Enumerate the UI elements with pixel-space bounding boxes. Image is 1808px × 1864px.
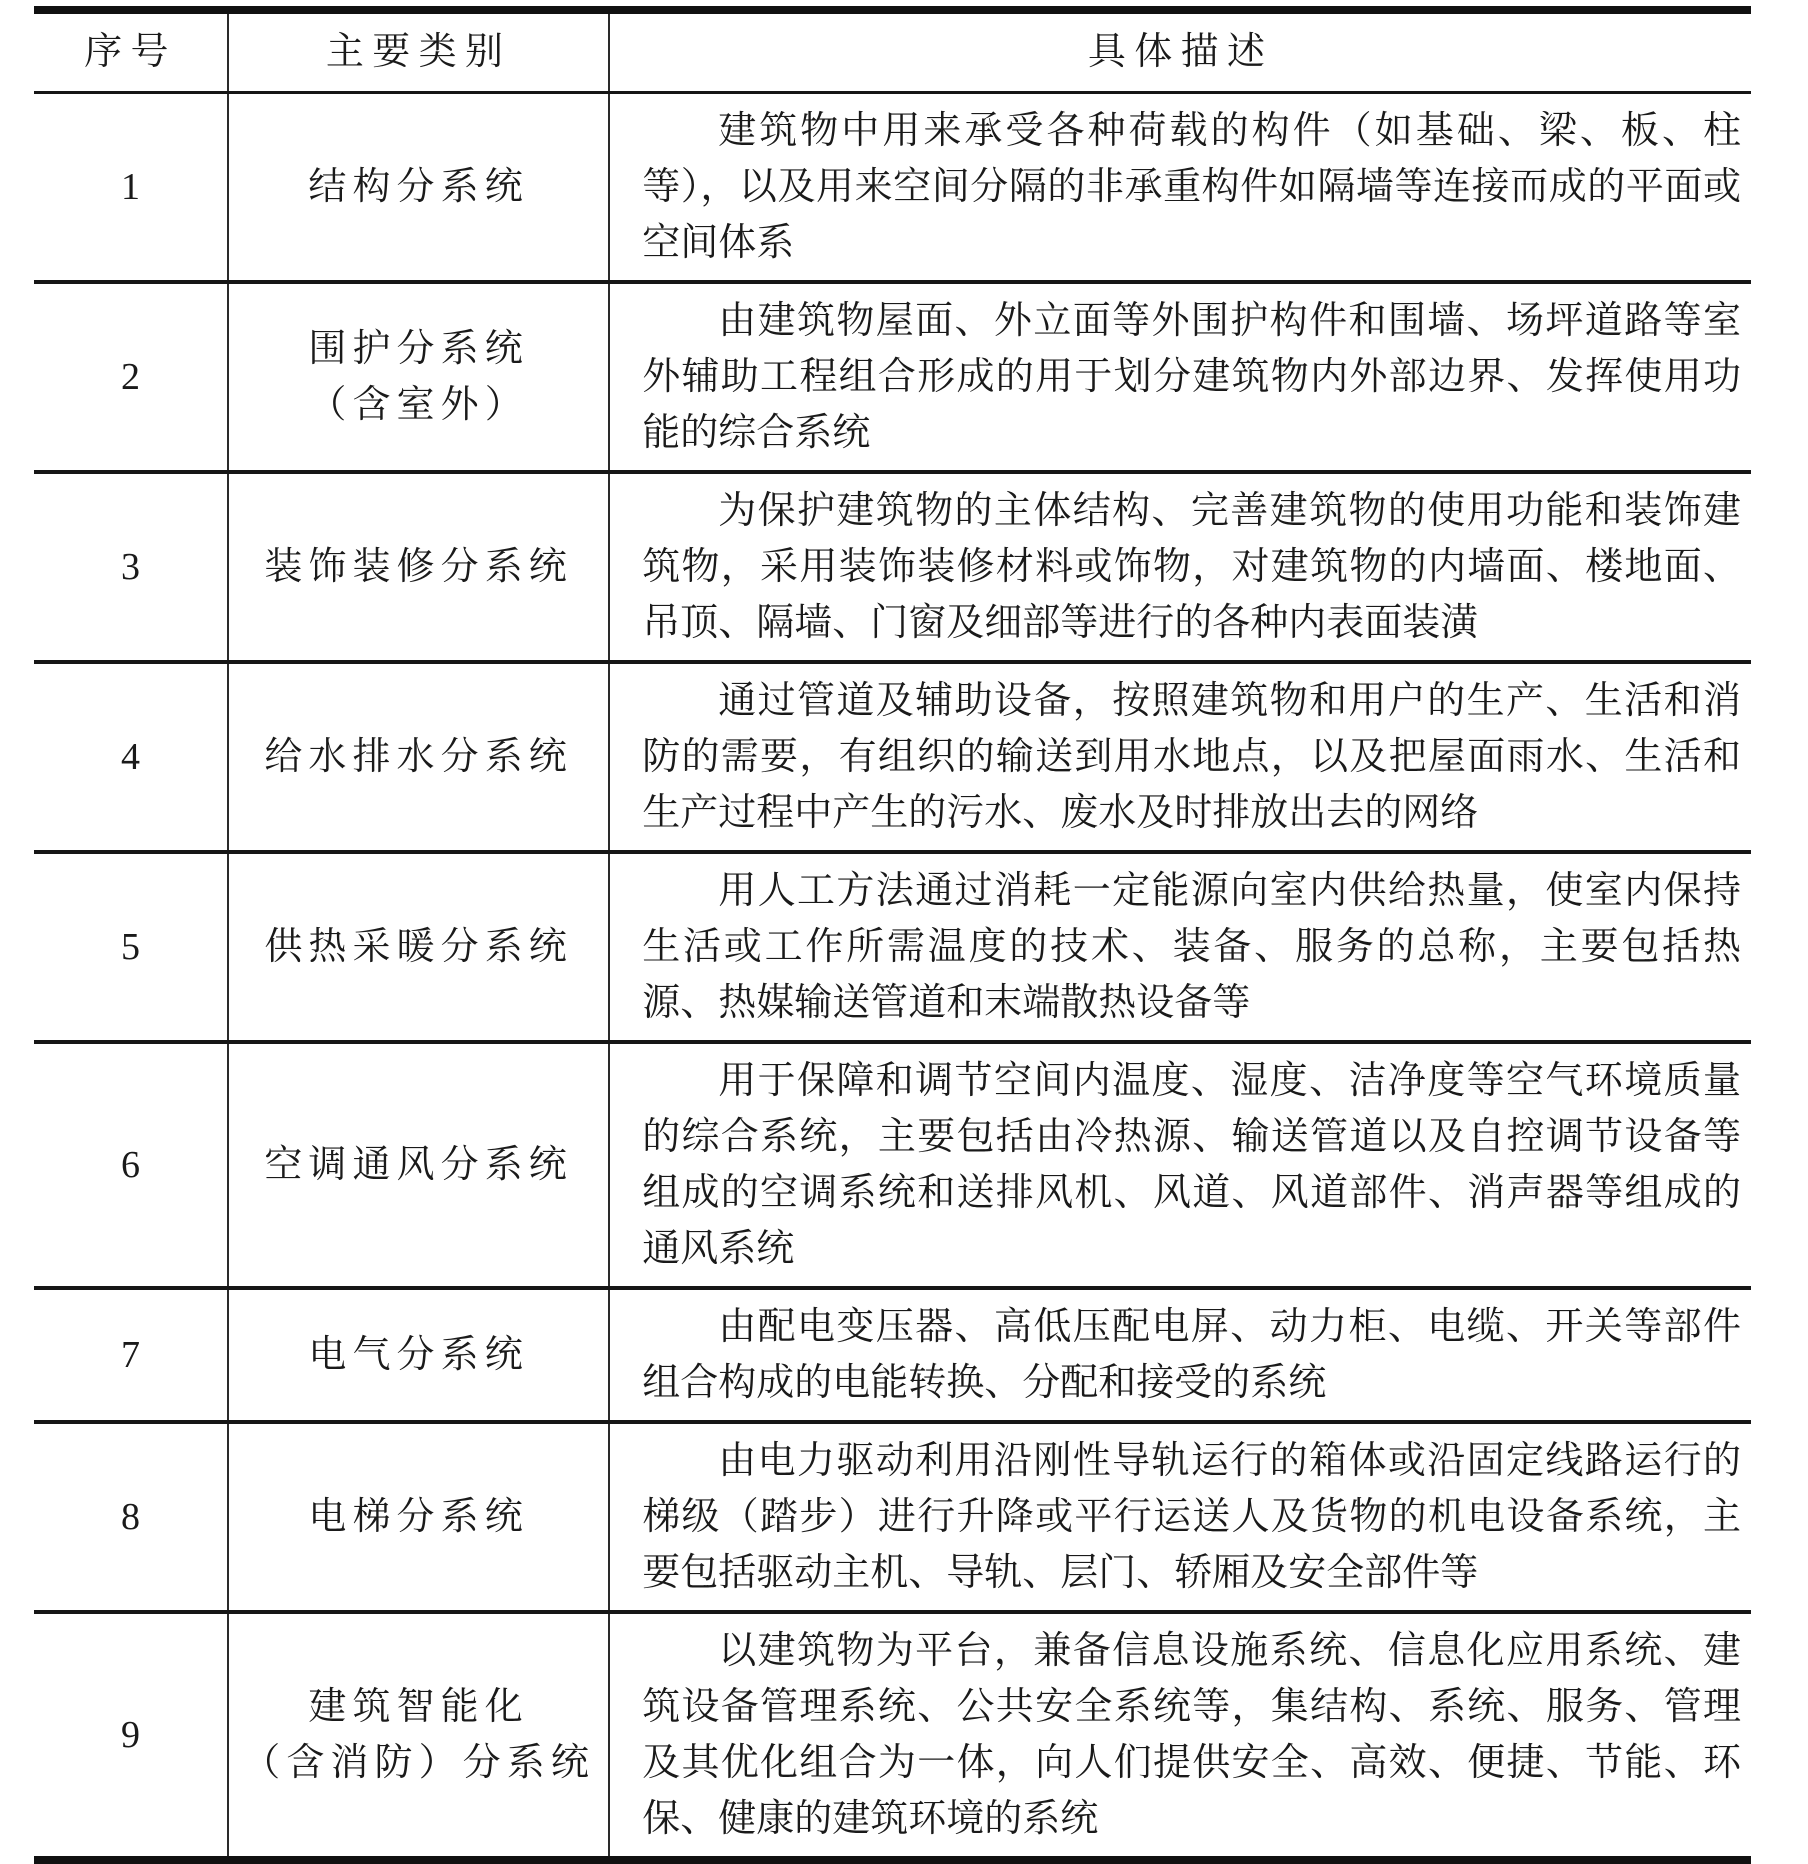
table-row: 3 装饰装修分系统 为保护建筑物的主体结构、完善建筑物的使用功能和装饰建筑物，采…	[34, 472, 1751, 662]
table-row: 6 空调通风分系统 用于保障和调节空间内温度、湿度、洁净度等空气环境质量的综合系…	[34, 1042, 1751, 1288]
description-cell: 以建筑物为平台，兼备信息设施系统、信息化应用系统、建筑设备管理系统、公共安全系统…	[609, 1612, 1751, 1860]
header-cell-number: 序号	[34, 10, 228, 93]
row-number-cell: 5	[34, 852, 228, 1042]
description-cell: 由电力驱动利用沿刚性导轨运行的箱体或沿固定线路运行的梯级（踏步）进行升降或平行运…	[609, 1422, 1751, 1612]
table-row: 5 供热采暖分系统 用人工方法通过消耗一定能源向室内供给热量，使室内保持生活或工…	[34, 852, 1751, 1042]
category-cell: 电梯分系统	[228, 1422, 609, 1612]
header-cell-category: 主要类别	[228, 10, 609, 93]
row-number-cell: 9	[34, 1612, 228, 1860]
row-number-cell: 1	[34, 93, 228, 283]
row-number-cell: 7	[34, 1288, 228, 1422]
category-cell: 电气分系统	[228, 1288, 609, 1422]
table-row: 1 结构分系统 建筑物中用来承受各种荷载的构件（如基础、梁、板、柱等），以及用来…	[34, 93, 1751, 283]
table-body: 1 结构分系统 建筑物中用来承受各种荷载的构件（如基础、梁、板、柱等），以及用来…	[34, 93, 1751, 1861]
header-row: 序号 主要类别 具体描述	[34, 10, 1751, 93]
table-row: 4 给水排水分系统 通过管道及辅助设备，按照建筑物和用户的生产、生活和消防的需要…	[34, 662, 1751, 852]
building-subsystems-table: 序号 主要类别 具体描述 1 结构分系统 建筑物中用来承受各种荷载的构件（如基础…	[34, 6, 1751, 1864]
description-cell: 用人工方法通过消耗一定能源向室内供给热量，使室内保持生活或工作所需温度的技术、装…	[609, 852, 1751, 1042]
category-cell: 建筑智能化 （含消防）分系统	[228, 1612, 609, 1860]
description-cell: 通过管道及辅助设备，按照建筑物和用户的生产、生活和消防的需要，有组织的输送到用水…	[609, 662, 1751, 852]
table-row: 9 建筑智能化 （含消防）分系统 以建筑物为平台，兼备信息设施系统、信息化应用系…	[34, 1612, 1751, 1860]
table-header: 序号 主要类别 具体描述	[34, 10, 1751, 93]
description-cell: 由建筑物屋面、外立面等外围护构件和围墙、场坪道路等室外辅助工程组合形成的用于划分…	[609, 282, 1751, 472]
table-row: 7 电气分系统 由配电变压器、高低压配电屏、动力柜、电缆、开关等部件组合构成的电…	[34, 1288, 1751, 1422]
table-row: 2 围护分系统 （含室外） 由建筑物屋面、外立面等外围护构件和围墙、场坪道路等室…	[34, 282, 1751, 472]
table-row: 8 电梯分系统 由电力驱动利用沿刚性导轨运行的箱体或沿固定线路运行的梯级（踏步）…	[34, 1422, 1751, 1612]
row-number-cell: 2	[34, 282, 228, 472]
description-cell: 由配电变压器、高低压配电屏、动力柜、电缆、开关等部件组合构成的电能转换、分配和接…	[609, 1288, 1751, 1422]
category-cell: 给水排水分系统	[228, 662, 609, 852]
category-cell: 围护分系统 （含室外）	[228, 282, 609, 472]
description-cell: 为保护建筑物的主体结构、完善建筑物的使用功能和装饰建筑物，采用装饰装修材料或饰物…	[609, 472, 1751, 662]
category-cell: 结构分系统	[228, 93, 609, 283]
row-number-cell: 8	[34, 1422, 228, 1612]
row-number-cell: 3	[34, 472, 228, 662]
category-cell: 空调通风分系统	[228, 1042, 609, 1288]
description-cell: 建筑物中用来承受各种荷载的构件（如基础、梁、板、柱等），以及用来空间分隔的非承重…	[609, 93, 1751, 283]
header-cell-description: 具体描述	[609, 10, 1751, 93]
category-cell: 供热采暖分系统	[228, 852, 609, 1042]
row-number-cell: 4	[34, 662, 228, 852]
document-page: 序号 主要类别 具体描述 1 结构分系统 建筑物中用来承受各种荷载的构件（如基础…	[0, 0, 1808, 1864]
category-cell: 装饰装修分系统	[228, 472, 609, 662]
row-number-cell: 6	[34, 1042, 228, 1288]
description-cell: 用于保障和调节空间内温度、湿度、洁净度等空气环境质量的综合系统，主要包括由冷热源…	[609, 1042, 1751, 1288]
